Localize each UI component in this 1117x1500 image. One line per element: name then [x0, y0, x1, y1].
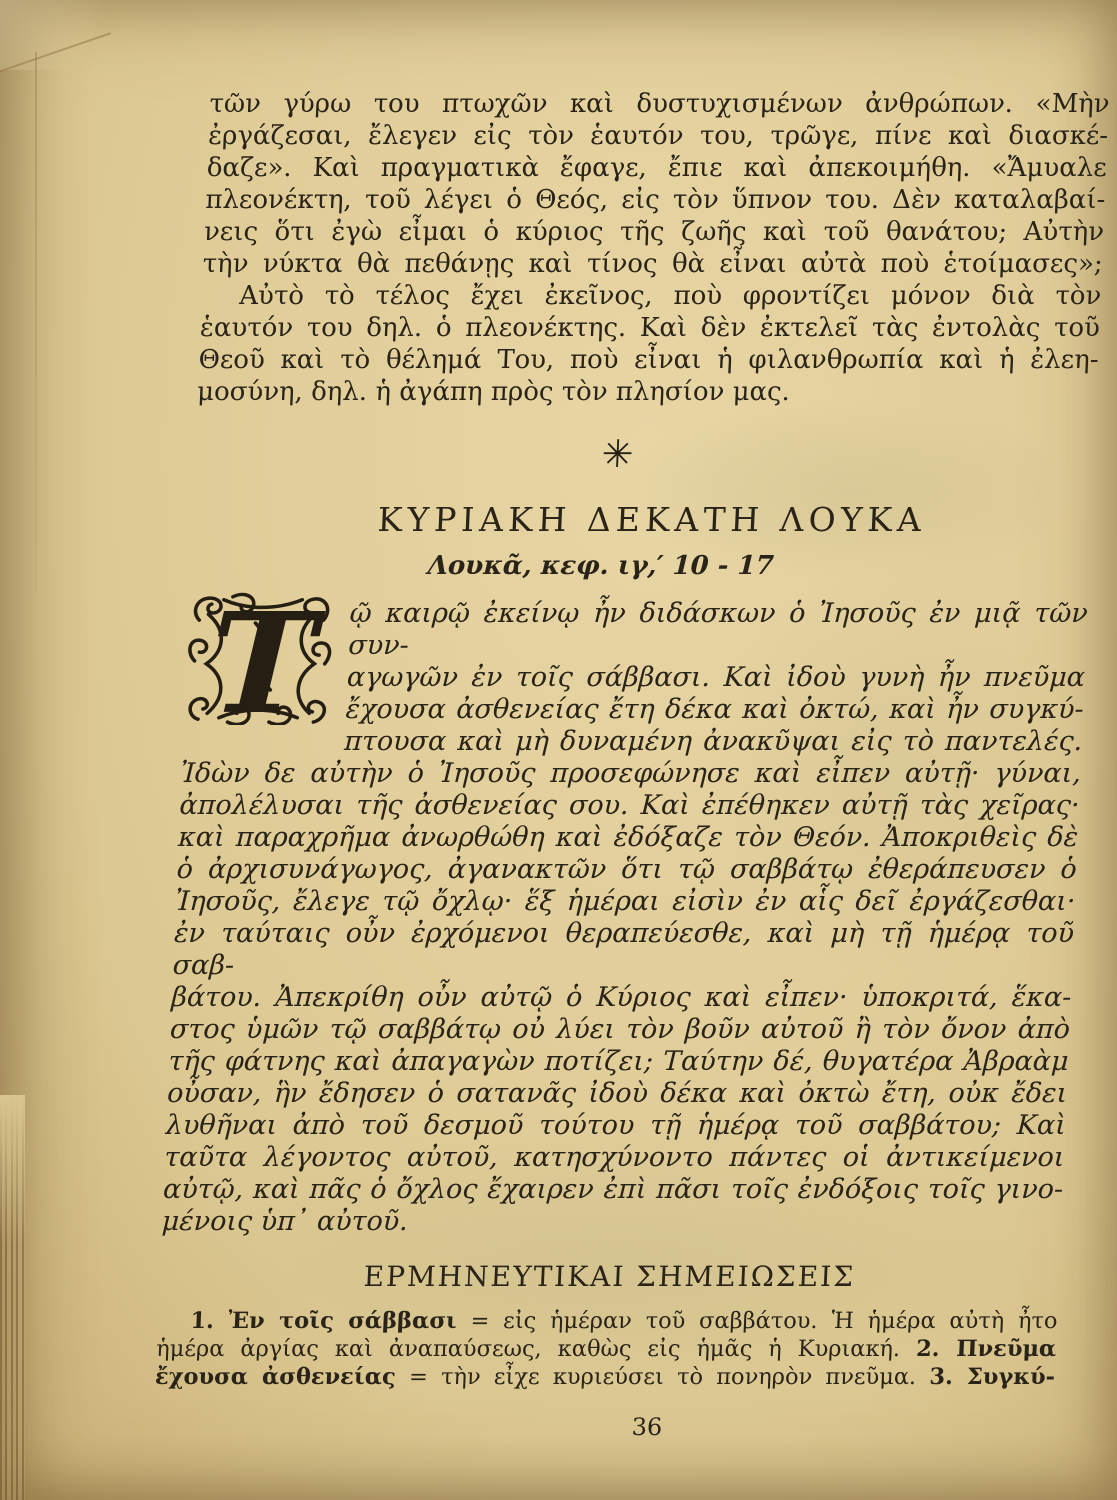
text-line: πλεονέκτη, τοῦ λέγει ὁ Θεός, εἰς τὸν ὕπν… — [205, 184, 1106, 216]
text-line: βάτου. Ἀπεκρίθη οὖν αὐτῷ ὁ Κύριος καὶ εἶ… — [171, 982, 1072, 1014]
text-line: ταῦτα λέγοντος αὐτοῦ, κατησχύνοντο πάντε… — [164, 1142, 1065, 1174]
text-line: μοσύνη, δηλ. ἡ ἀγάπη πρὸς τὸν πλησίον μα… — [197, 376, 1098, 408]
text-line: Αὐτὸ τὸ τέλος ἔχει ἐκεῖνος, ποὺ φροντίζε… — [201, 280, 1102, 312]
note-term-bold: 3. Συγκύ- — [929, 1364, 1056, 1390]
text-line: νεις ὅτι ἐγὼ εἶμαι ὁ κύριος τῆς ζωῆς καὶ… — [203, 216, 1104, 248]
note-text: = τὴν εἶχε κυριεύσει τὸ πονηρὸν πνεῦμα. — [395, 1364, 930, 1390]
note-term-bold: ἔχουσα ἀσθενείας — [155, 1364, 397, 1390]
note-text: ἡμέρα ἀργίας καὶ ἀναπαύσεως, καθὼς εἰς ἡ… — [156, 1336, 917, 1362]
text-line: ὁ ἀρχισυνάγωγος, ἀγανακτῶν ὅτι τῷ σαββάτ… — [176, 854, 1077, 886]
note-term-bold: 1. Ἐν τοῖς σάββασι — [190, 1308, 457, 1334]
section-divider-asterisk-icon: ✳ — [167, 432, 1069, 476]
note-term-bold: 2. Πνεῦμα — [916, 1336, 1057, 1362]
text-line: πτουσα καὶ μὴ δυναμένη ἀνακῦψαι εἰς τὸ π… — [182, 726, 1083, 758]
dropcap-ornament-svg: Τ — [183, 591, 337, 725]
text-line: στος ὑμῶν τῷ σαββάτῳ οὐ λύει τὸν βοῦν αὐ… — [169, 1014, 1070, 1046]
book-binding-fade — [0, 1095, 25, 1245]
intro-paragraph-2: Αὐτὸ τὸ τέλος ἔχει ἐκεῖνος, ποὺ φροντίζε… — [197, 280, 1102, 408]
text-line: δαζε». Καὶ πραγματικὰ ἔφαγε, ἔπιε καὶ ἀπ… — [206, 152, 1107, 184]
intro-paragraph-1: τῶν γύρω του πτωχῶν καὶ δυστυχισμένων ἀν… — [202, 88, 1110, 280]
text-line: τὴν νύκτα θὰ πεθάνῃς καὶ τίνος θὰ εἶναι … — [202, 248, 1103, 280]
book-page: τῶν γύρω του πτωχῶν καὶ δυστυχισμένων ἀν… — [0, 0, 1117, 1500]
text-line: ἑαυτόν του δηλ. ὁ πλεονέκτης. Καὶ δὲν ἐκ… — [199, 312, 1100, 344]
page-corner-fold-sheen — [0, 0, 140, 70]
text-line: μένοις ὑπ᾽ αὐτοῦ. — [161, 1206, 1062, 1238]
reading-title: ΚΥΡΙΑΚΗ ΔΕΚΑΤΗ ΛΟΥΚΑ — [201, 502, 1103, 538]
note-text: = εἰς ἡμέραν τοῦ σαββάτου. Ἡ ἡμέρα αὐτὴ … — [456, 1308, 1058, 1334]
text-block: τῶν γύρω του πτωχῶν καὶ δυστυχισμένων ἀν… — [152, 0, 1114, 1441]
text-line: ἀπολέλυσαι τῆς ἀσθενείας σου. Καὶ ἐπέθηκ… — [179, 790, 1080, 822]
dropcap-initial: Τ — [183, 591, 337, 725]
text-line: αὐτῷ, καὶ πᾶς ὁ ὄχλος ἔχαιρεν ἐπὶ πᾶσι τ… — [162, 1174, 1063, 1206]
page-number: 36 — [196, 1413, 1097, 1441]
text-line: ἔχουσα ἀσθενείας = τὴν εἶχε κυριεύσει τὸ… — [154, 1363, 1055, 1391]
page-crease-line — [35, 52, 37, 592]
text-line: λυθῆναι ἀπὸ τοῦ δεσμοῦ τούτου τῇ ἡμέρᾳ τ… — [165, 1110, 1066, 1142]
text-line: Θεοῦ καὶ τὸ θέλημά Του, ποὺ εἶναι ἡ φιλα… — [198, 344, 1099, 376]
text-line: τῶν γύρω του πτωχῶν καὶ δυστυχισμένων ἀν… — [209, 88, 1110, 120]
text-line: ἡμέρα ἀργίας καὶ ἀναπαύσεως, καθὼς εἰς ἡ… — [156, 1335, 1057, 1363]
text-line: καὶ παραχρῆμα ἀνωρθώθη καὶ ἐδόξαζε τὸν Θ… — [177, 822, 1078, 854]
text-line: Ἰησοῦς, ἔλεγε τῷ ὄχλῳ· ἕξ ἡμέραι εἰσὶν ἐ… — [175, 886, 1076, 918]
reading-subtitle: Λουκᾶ, κεφ. ιγ,′ 10 - 17 — [150, 550, 1051, 582]
text-line: τῆς φάτνης καὶ ἀπαγαγὼν ποτίζει; Ταύτην … — [168, 1046, 1069, 1078]
svg-text:Τ: Τ — [207, 591, 328, 725]
text-line: Ἰδὼν δε αὐτὴν ὁ Ἰησοῦς προσεφώνησε καὶ ε… — [180, 758, 1081, 790]
text-line: οὖσαν, ἣν ἔδησεν ὁ σατανᾶς ἰδοὺ δέκα καὶ… — [167, 1078, 1068, 1110]
gospel-text: Τ ῷ καιρῷ ἐκείνῳ ἦν διδάσκων ὁ Ἰησοῦς ἐν… — [161, 598, 1088, 1238]
text-line: 1. Ἐν τοῖς σάββασι = εἰς ἡμέραν τοῦ σαββ… — [157, 1307, 1058, 1335]
notes-heading: ΕΡΜΗΝΕΥΤΙΚΑΙ ΣΗΜΕΙΩΣΕΙΣ — [159, 1262, 1060, 1292]
notes-paragraph: 1. Ἐν τοῖς σάββασι = εἰς ἡμέραν τοῦ σαββ… — [154, 1307, 1058, 1391]
text-line: ἐργάζεσαι, ἔλεγεν εἰς τὸν ἑαυτόν του, τρ… — [207, 120, 1108, 152]
text-line: ἐν ταύταις οὖν ἐρχόμενοι θεραπεύεσθε, κα… — [172, 918, 1075, 982]
